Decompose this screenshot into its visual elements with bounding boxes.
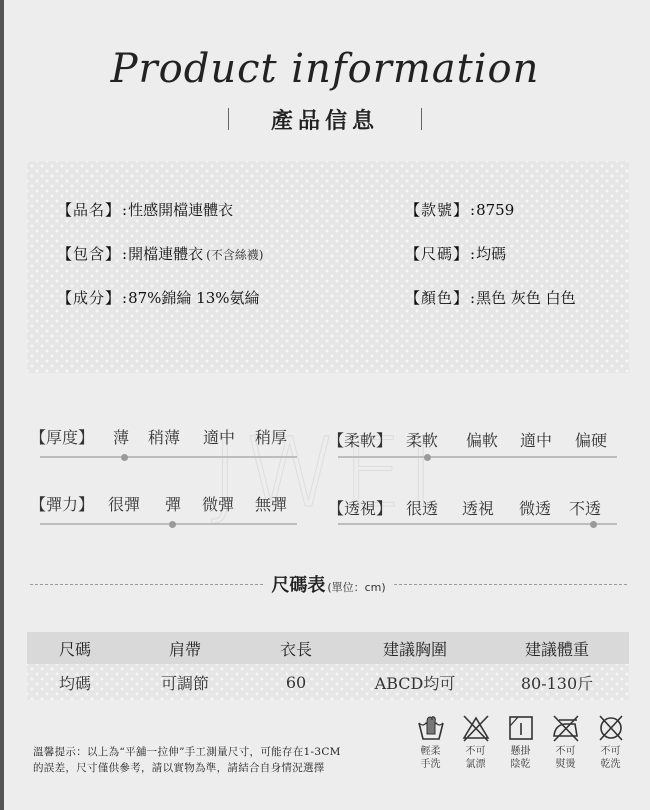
care-hang-dry: 懸掛 陰乾 bbox=[498, 714, 543, 771]
table-row: 均碼 可調節 60 ABCD均可 80-130斤 bbox=[27, 664, 629, 700]
care-label-line2: 氯漂 bbox=[466, 758, 486, 771]
care-label-line1: 不可 bbox=[466, 745, 486, 758]
info-value: 均碼 bbox=[476, 243, 506, 264]
info-material: 【成分】:87%錦綸 13%氨綸 bbox=[57, 287, 260, 308]
info-value: 8759 bbox=[476, 201, 514, 219]
info-separator: : bbox=[470, 245, 475, 263]
no-dry-clean-icon bbox=[596, 714, 626, 742]
size-chart-title-text: 尺碼表 bbox=[271, 575, 325, 596]
slider-option: 很透 bbox=[406, 496, 438, 519]
title-chinese-wrap: 產品信息 bbox=[0, 104, 650, 134]
slider-option: 偏軟 bbox=[466, 428, 498, 451]
info-label: 【顏色】 bbox=[405, 287, 469, 308]
slider-key: 【厚度】 bbox=[30, 425, 94, 448]
title-divider-left bbox=[228, 108, 229, 130]
slider-option: 微彈 bbox=[202, 492, 234, 515]
table-cell: 80-130斤 bbox=[485, 664, 629, 700]
column-header-weight: 建議體重 bbox=[485, 632, 629, 664]
slider-option: 稍厚 bbox=[255, 425, 287, 448]
care-no-bleach: 不可 氯漂 bbox=[453, 714, 498, 771]
care-hand-wash: 輕柔 手洗 bbox=[408, 714, 453, 771]
slider-option: 彈 bbox=[165, 492, 181, 515]
slider-key: 【柔軟】 bbox=[328, 428, 392, 451]
care-label-line2: 乾洗 bbox=[601, 758, 621, 771]
slider-handle bbox=[424, 454, 431, 461]
slider-handle bbox=[590, 521, 597, 528]
slider-handle bbox=[121, 454, 128, 461]
no-bleach-icon bbox=[461, 714, 491, 742]
slider-option: 透視 bbox=[462, 496, 494, 519]
care-label: 輕柔 手洗 bbox=[421, 745, 441, 771]
info-label: 【品名】 bbox=[57, 199, 121, 220]
slider-option: 薄 bbox=[113, 425, 129, 448]
slider-key: 【透視】 bbox=[328, 496, 392, 519]
slider-option: 適中 bbox=[520, 428, 552, 451]
slider-track bbox=[40, 523, 297, 525]
measurement-notice: 溫馨提示：以上為“平舖一拉伸”手工測量尺寸，可能存在1-3CM 的誤差，尺寸僅供… bbox=[33, 744, 403, 776]
slider-option: 不透 bbox=[569, 496, 601, 519]
info-value: 開檔連體衣 bbox=[128, 243, 203, 264]
slider-option: 柔軟 bbox=[406, 428, 438, 451]
size-chart-heading: 尺碼表(單位：cm) bbox=[30, 572, 627, 596]
slider-option: 很彈 bbox=[108, 492, 140, 515]
slider-option: 微透 bbox=[519, 496, 551, 519]
info-separator: : bbox=[470, 201, 475, 219]
info-separator: : bbox=[122, 201, 127, 219]
table-header-row: 尺碼 肩帶 衣長 建議胸圍 建議體重 bbox=[27, 632, 629, 664]
attribute-thickness: 【厚度】 薄 稍薄 適中 稍厚 bbox=[30, 425, 300, 465]
info-label: 【款號】 bbox=[405, 199, 469, 220]
title-chinese: 產品信息 bbox=[271, 104, 379, 135]
attribute-softness: 【柔軟】 柔軟 偏軟 適中 偏硬 bbox=[328, 428, 623, 468]
column-header-size: 尺碼 bbox=[27, 632, 123, 664]
slider-key: 【彈力】 bbox=[30, 492, 94, 515]
column-header-length: 衣長 bbox=[247, 632, 345, 664]
hand-wash-icon bbox=[416, 714, 446, 742]
column-header-bust: 建議胸圍 bbox=[345, 632, 485, 664]
care-instructions: 輕柔 手洗 不可 氯漂 懸掛 陰乾 bbox=[408, 714, 633, 771]
size-table: 尺碼 肩帶 衣長 建議胸圍 建議體重 均碼 可調節 60 ABCD均可 80-1… bbox=[27, 632, 629, 700]
care-label-line2: 手洗 bbox=[421, 758, 441, 771]
slider-track bbox=[338, 456, 617, 458]
title-divider-right bbox=[421, 108, 422, 130]
size-chart-unit: (單位：cm) bbox=[327, 581, 385, 594]
care-label-line2: 熨燙 bbox=[556, 758, 576, 771]
slider-option: 適中 bbox=[203, 425, 235, 448]
care-label: 不可 熨燙 bbox=[556, 745, 576, 771]
info-value: 性感開檔連體衣 bbox=[128, 199, 233, 220]
info-separator: : bbox=[470, 289, 475, 307]
info-product-name: 【品名】:性感開檔連體衣 bbox=[57, 199, 233, 220]
slider-handle bbox=[169, 521, 176, 528]
care-label: 不可 氯漂 bbox=[466, 745, 486, 771]
care-no-iron: 不可 熨燙 bbox=[543, 714, 588, 771]
title-english: Product information bbox=[0, 46, 650, 92]
info-label: 【成分】 bbox=[57, 287, 121, 308]
table-cell: 可調節 bbox=[123, 664, 247, 700]
care-no-dry-clean: 不可 乾洗 bbox=[588, 714, 633, 771]
slider-option: 無彈 bbox=[255, 492, 287, 515]
care-label-line1: 輕柔 bbox=[421, 745, 441, 758]
info-colors: 【顏色】:黑色 灰色 白色 bbox=[405, 287, 576, 308]
care-label-line2: 陰乾 bbox=[511, 758, 531, 771]
slider-option: 偏硬 bbox=[575, 428, 607, 451]
attribute-transparency: 【透視】 很透 透視 微透 不透 bbox=[328, 496, 623, 536]
slider-track bbox=[338, 523, 617, 525]
slider-option: 稍薄 bbox=[148, 425, 180, 448]
attribute-elasticity: 【彈力】 很彈 彈 微彈 無彈 bbox=[30, 492, 300, 532]
info-value: 87%錦綸 13%氨綸 bbox=[128, 287, 259, 308]
info-label: 【包含】 bbox=[57, 243, 121, 264]
table-cell: 均碼 bbox=[27, 664, 123, 700]
product-info-panel: 【品名】:性感開檔連體衣 【包含】:開檔連體衣(不含絲襪) 【成分】:87%錦綸… bbox=[27, 161, 629, 373]
table-cell: 60 bbox=[247, 664, 345, 700]
care-label-line1: 不可 bbox=[601, 745, 621, 758]
notice-line-2: 的誤差，尺寸僅供參考，請以實物為準，請結合自身情況選擇 bbox=[33, 760, 403, 776]
table-cell: ABCD均可 bbox=[345, 664, 485, 700]
info-model-number: 【款號】:8759 bbox=[405, 199, 514, 220]
size-chart-title: 尺碼表(單位：cm) bbox=[271, 571, 385, 597]
info-separator: : bbox=[122, 245, 127, 263]
no-iron-icon bbox=[551, 714, 581, 742]
care-label: 懸掛 陰乾 bbox=[511, 745, 531, 771]
slider-track bbox=[40, 456, 297, 458]
info-note: (不含絲襪) bbox=[206, 246, 263, 263]
info-size: 【尺碼】:均碼 bbox=[405, 243, 506, 264]
info-label: 【尺碼】 bbox=[405, 243, 469, 264]
hang-dry-icon bbox=[506, 714, 536, 742]
dashed-divider-right bbox=[394, 584, 627, 585]
care-label-line1: 懸掛 bbox=[511, 745, 531, 758]
info-includes: 【包含】:開檔連體衣(不含絲襪) bbox=[57, 243, 263, 264]
care-label-line1: 不可 bbox=[556, 745, 576, 758]
notice-line-1: 溫馨提示：以上為“平舖一拉伸”手工測量尺寸，可能存在1-3CM bbox=[33, 744, 403, 760]
column-header-strap: 肩帶 bbox=[123, 632, 247, 664]
info-value: 黑色 灰色 白色 bbox=[476, 287, 576, 308]
care-label: 不可 乾洗 bbox=[601, 745, 621, 771]
info-separator: : bbox=[122, 289, 127, 307]
dashed-divider-left bbox=[30, 584, 263, 585]
